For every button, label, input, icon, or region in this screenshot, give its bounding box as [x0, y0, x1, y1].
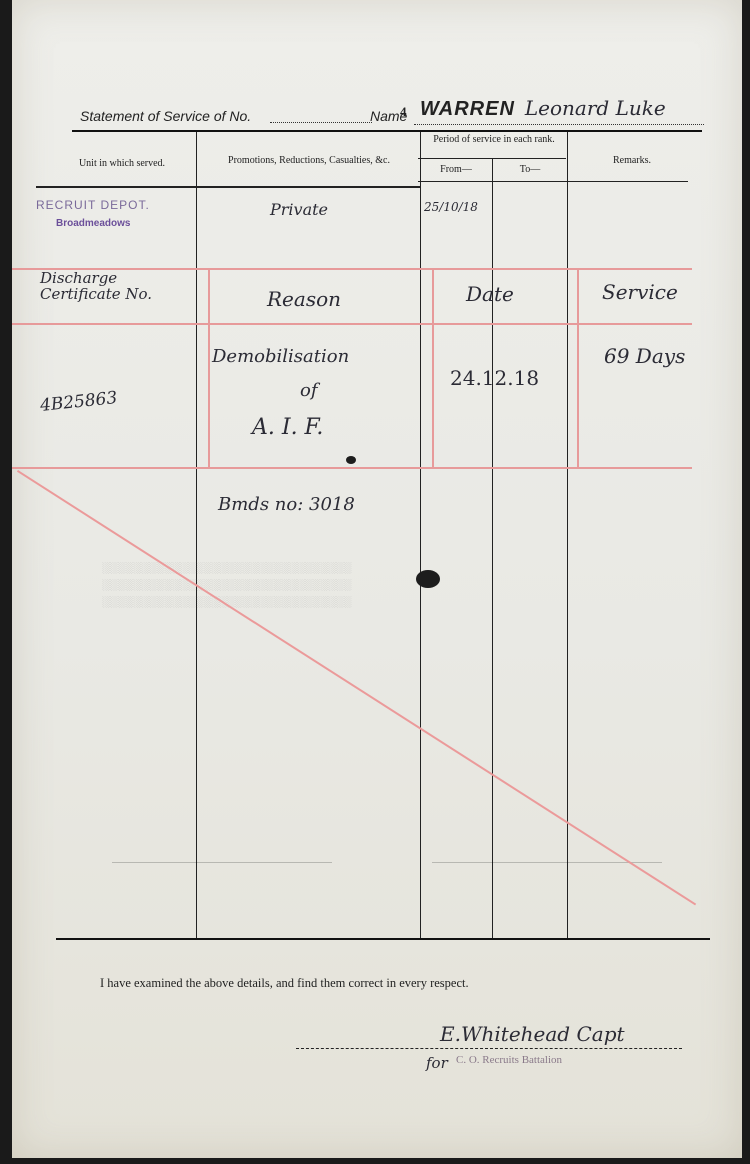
officer-signature: E.Whitehead Capt: [440, 1022, 625, 1046]
table-bottom-rule: [56, 938, 710, 940]
discharge-date: 24.12.18: [450, 366, 539, 390]
signatory-title: C. O. Recruits Battalion: [456, 1054, 562, 1066]
soldier-name: WARRENLeonard Luke: [420, 96, 666, 121]
col-divider-3: [492, 158, 493, 940]
statement-label: Statement of Service of No.: [80, 108, 251, 124]
header-period: Period of service in each rank.: [424, 134, 564, 146]
bmds-number: Bmds no: 3018: [218, 494, 355, 515]
service-heading: Service: [602, 280, 678, 304]
reason-heading: Reason: [267, 287, 341, 311]
red-diagonal-line: [17, 470, 696, 905]
service-number-field: [270, 122, 372, 123]
bleed-through-text: ░░░░░░░░░░░░░░░░░░░░░░░░░░░░░░░░░░░░░░░░…: [102, 560, 702, 611]
ink-blot-small: [346, 456, 356, 464]
recruit-depot-stamp: RECRUIT DEPOT.: [36, 198, 150, 212]
surname: WARREN: [420, 98, 515, 120]
col-divider-2: [420, 132, 421, 940]
service-days: 69 Days: [604, 344, 685, 368]
red-rule-bottom: [12, 467, 692, 469]
header-top-rule: [72, 130, 702, 132]
subheader-rule-right: [418, 181, 688, 182]
reason-aif: A. I. F.: [252, 415, 323, 440]
reason-of: of: [300, 380, 318, 401]
col-divider-1: [196, 132, 197, 940]
date-heading: Date: [466, 282, 514, 306]
certificate-number: 4B25863: [39, 388, 118, 416]
header-bottom-rule: [36, 186, 420, 188]
header-to: To—: [494, 164, 566, 175]
ghost-rule-left: [112, 862, 332, 863]
header-from: From—: [422, 164, 490, 175]
header-remarks: Remarks.: [572, 155, 692, 166]
signature-prefix: for: [426, 1054, 448, 1072]
service-record-page: 4 Statement of Service of No. Name WARRE…: [12, 0, 742, 1158]
red-col-3: [577, 268, 579, 468]
name-underline: [414, 124, 704, 125]
from-date: 25/10/18: [424, 200, 478, 214]
given-names: Leonard Luke: [525, 96, 666, 120]
certification-statement: I have examined the above details, and f…: [100, 976, 469, 991]
discharge-certificate-heading: Discharge Certificate No.: [40, 270, 190, 302]
red-rule-heading: [12, 323, 692, 325]
signature-line: [296, 1048, 682, 1049]
col-divider-4: [567, 132, 568, 940]
header-promotions: Promotions, Reductions, Casualties, &c.: [202, 155, 416, 166]
reason-demobilisation: Demobilisation: [212, 346, 349, 367]
name-label: Name: [370, 108, 407, 124]
rank-private: Private: [270, 200, 328, 219]
red-col-2: [432, 268, 434, 468]
broadmeadows-stamp: Broadmeadows: [56, 218, 130, 229]
header-unit: Unit in which served.: [52, 158, 192, 169]
red-col-1: [208, 268, 210, 468]
